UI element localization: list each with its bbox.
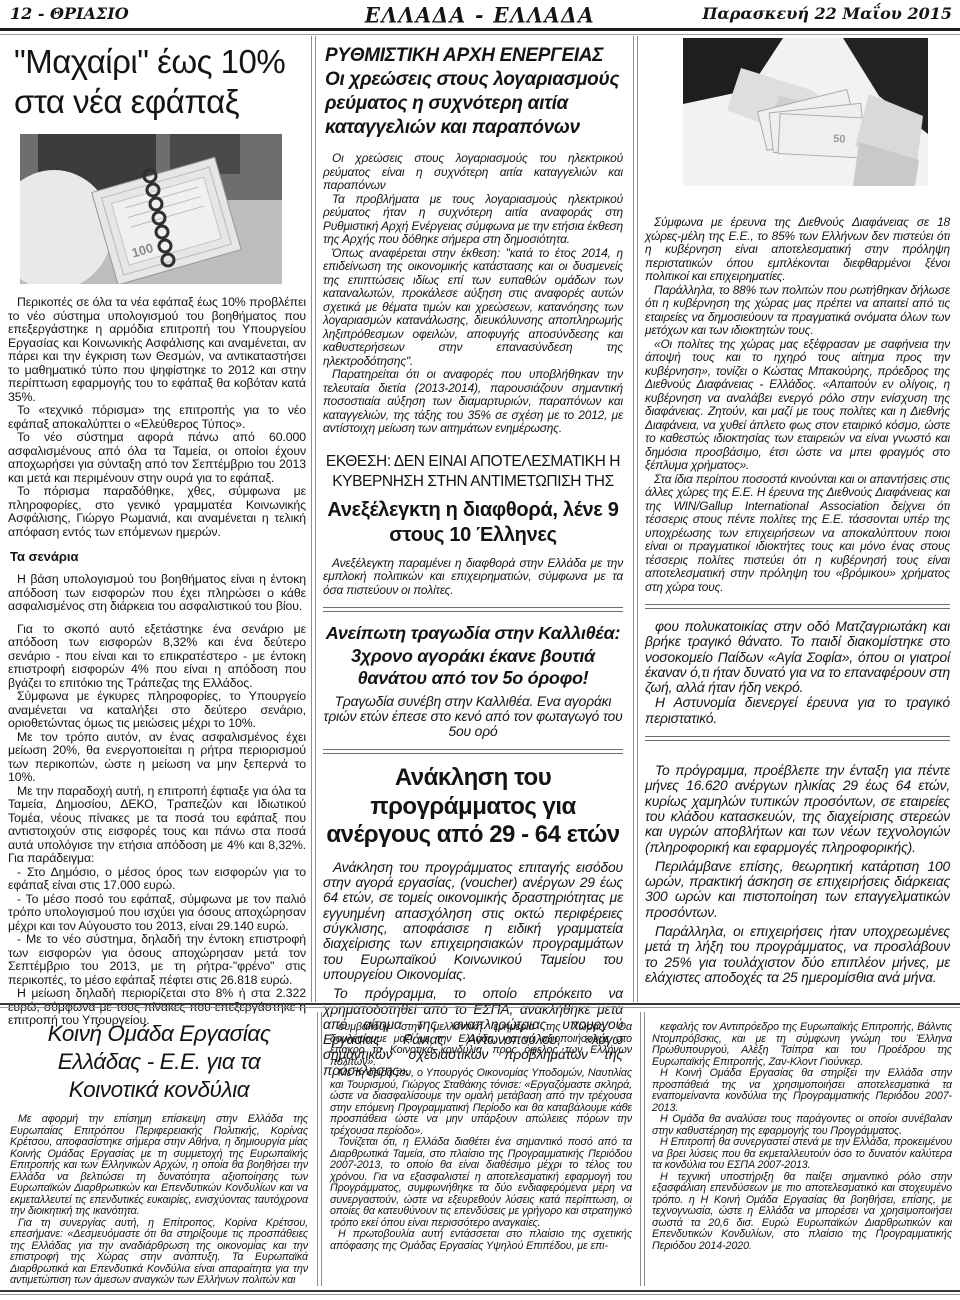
paragraph: Όπως αναφέρεται στην έκθεση: "κατά το έτ…	[323, 247, 623, 369]
kallithea-headline: Ανείπωτη τραγωδία στην Καλλιθέα: 3χρονο …	[323, 622, 623, 690]
paragraph: - Στο Δημόσιο, ο μέσος όρος των εισφορών…	[8, 866, 306, 893]
paragraph: Παράλληλα, το 88% των πολιτών που ρωτήθη…	[645, 284, 950, 338]
paragraph: Το πόρισμα παραδόθηκε, χθες, σύμφωνα με …	[8, 485, 306, 539]
story-divider	[323, 749, 623, 754]
taskforce-article-col3: κεφαλής τον Αντιπρόεδρο της Ευρωπαϊκής Ε…	[652, 1012, 952, 1252]
paragraph: Με τον τρόπο αυτόν, αν ένας ασφαλισμένος…	[8, 731, 306, 785]
column-divider	[633, 36, 638, 1002]
paragraph: φου πολυκατοικίας στην οδό Ματζαγριωτάκη…	[645, 619, 950, 695]
header-rule	[0, 28, 960, 35]
paragraph: Το πρόγραμμα, προέβλεπε την ένταξη για π…	[645, 763, 950, 855]
story-divider	[645, 604, 950, 609]
column-divider	[317, 1012, 322, 1286]
paragraph: Για το σκοπό αυτό εξετάστηκε ένα σενάριο…	[8, 623, 306, 691]
paragraph: Στα ίδια περίπου ποσοστά κινούνται και ο…	[645, 473, 950, 595]
paragraph: Η τεχνική υποστήριξη θα παίξει σημαντικό…	[652, 1172, 952, 1253]
paragraph: Με την παραδοχή αυτή, η επιτροπή έφτιαξε…	[8, 785, 306, 866]
paragraph: Τονίζεται ότι, η Ελλάδα διαθέτει ένα σημ…	[330, 1137, 632, 1229]
taskforce-title: Κοινή Ομάδα Εργασίας Ελλάδας - Ε.Ε. για …	[14, 1020, 304, 1104]
banknotes-chain-photo: 100	[20, 134, 282, 284]
paragraph: Περικοπές σε όλα τα νέα εφάπαξ έως 10% π…	[8, 296, 306, 404]
energy-headline-block: ΡΥΘΜΙΣΤΙΚΗ ΑΡΧΗ ΕΝΕΡΓΕΙΑΣ Οι χρεώσεις στ…	[325, 44, 623, 140]
paragraph: Το «τεχνικό πόρισμα» της επιτροπής για τ…	[8, 404, 306, 431]
paragraph: συμβάλουν στην μελλοντική ευημερία της Χ…	[330, 1022, 632, 1068]
column-divider	[311, 36, 316, 1002]
page-header: 12 - ΘΡΙΑΣΙΟ ΕΛΛΑΔΑ - ΕΛΛΑΔΑ Παρασκευή 2…	[0, 2, 960, 28]
newspaper-page: 12 - ΘΡΙΑΣΙΟ ΕΛΛΑΔΑ - ΕΛΛΑΔΑ Παρασκευή 2…	[0, 0, 960, 1300]
paragraph: Σύμφωνα με έγκυρες πληροφορίες, το Υπουρ…	[8, 690, 306, 731]
paragraph: Η Αστυνομία διενεργεί έρευνα για το τραγ…	[645, 695, 950, 726]
efapax-headline: "Μαχαίρι" έως 10% στα νέα εφάπαξ	[14, 42, 306, 122]
bribe-handover-photo: 50	[683, 38, 928, 186]
taskforce-article-col1: Κοινή Ομάδα Εργασίας Ελλάδας - Ε.Ε. για …	[10, 1012, 308, 1287]
paragraph: Οι χρεώσεις στους λογαριασμούς του ηλεκτ…	[323, 152, 623, 193]
column-middle: ΡΥΘΜΙΣΤΙΚΗ ΑΡΧΗ ΕΝΕΡΓΕΙΑΣ Οι χρεώσεις στ…	[323, 36, 623, 1078]
column-right: 50 Σύμφωνα με έρευνα της Διεθνούς Διαφάν…	[645, 36, 950, 985]
paragraph: Η Επιτροπή θα συνεργαστεί στενά με την Ε…	[652, 1137, 952, 1172]
date-label: Παρασκευή 22 Μαΐου 2015	[702, 4, 952, 23]
voucher-headline: Ανάκληση του προγράμματος για ανέργους α…	[323, 764, 623, 850]
paragraph: Το νέο σύστημα αφορά πάνω από 60.000 ασφ…	[8, 431, 306, 485]
paragraph: Σύμφωνα με έρευνα της Διεθνούς Διαφάνεια…	[645, 216, 950, 284]
paragraph: Τα προβλήματα με τους λογαριασμούς ηλεκτ…	[323, 193, 623, 247]
paragraph: Με τη σειρά του, ο Υπουργός Οικονομίας Υ…	[330, 1068, 632, 1137]
corruption-kicker: ΕΚΘΕΣΗ: ΔΕΝ ΕΙΝΑΙ ΑΠΟΤΕΛΕΣΜΑΤΙΚΗ Η ΚΥΒΕΡ…	[323, 452, 623, 492]
taskforce-article-col2: συμβάλουν στην μελλοντική ευημερία της Χ…	[330, 1012, 632, 1252]
column-divider	[640, 1012, 645, 1286]
paragraph: Ανεξέλεγκτη παραμένει η διαφθορά στην Ελ…	[323, 557, 623, 598]
page-bottom-rule	[0, 1290, 960, 1295]
paragraph: - Το μέσο ποσό του εφάπαξ, σύμφωνα με το…	[8, 893, 306, 934]
section-rule	[0, 1003, 960, 1008]
efapax-subhead: Τα σενάρια	[10, 549, 306, 564]
story-divider	[323, 607, 623, 612]
paragraph: Με αφορμή την επίσημη επίσκεψη στην Ελλά…	[10, 1114, 308, 1218]
paragraph: - Με το νέο σύστημα, δηλαδή την έντοκη ε…	[8, 933, 306, 987]
paragraph: Η Κοινή Ομάδα Εργασίας θα στηρίξει την Ε…	[652, 1068, 952, 1114]
paragraph: Η Ομάδα θα αναλύσει τους παράγοντες οι ο…	[652, 1114, 952, 1137]
svg-text:50: 50	[833, 133, 846, 146]
paragraph: Περιλάμβανε επίσης, θεωρητική κατάρτιση …	[645, 859, 950, 920]
article-efapax: "Μαχαίρι" έως 10% στα νέα εφάπαξ 100	[8, 36, 306, 1028]
paragraph: Η πρωτοβουλία αυτή εντάσσεται στο πλαίσι…	[330, 1229, 632, 1252]
energy-headline: Οι χρεώσεις στους λογαριασμούς ρεύματος …	[325, 68, 623, 140]
paragraph: Για τη συνεργίας αυτή, η Επίτροπος, Κορί…	[10, 1218, 308, 1287]
paragraph: «Οι πολίτες της χώρας μας εξέφρασαν με σ…	[645, 338, 950, 473]
paragraph: Παράλληλα, οι επιχειρήσεις ήταν υποχρεωμ…	[645, 924, 950, 985]
paragraph: Τραγωδία συνέβη στην Καλλιθέα. Ενα αγορά…	[323, 694, 623, 740]
energy-kicker: ΡΥΘΜΙΣΤΙΚΗ ΑΡΧΗ ΕΝΕΡΓΕΙΑΣ	[325, 44, 623, 68]
corruption-headline: Ανεξέλεγκτη η διαφθορά, λένε 9 στους 10 …	[323, 498, 623, 548]
paragraph: Ανάκληση του προγράμματος επιταγής εισόδ…	[323, 860, 623, 982]
paragraph: Η βάση υπολογισμού του βοηθήματος είναι …	[8, 573, 306, 614]
paragraph: Παρατηρείται ότι οι αναφορές που υποβλήθ…	[323, 368, 623, 436]
paragraph: κεφαλής τον Αντιπρόεδρο της Ευρωπαϊκής Ε…	[652, 1022, 952, 1068]
story-divider	[645, 736, 950, 741]
